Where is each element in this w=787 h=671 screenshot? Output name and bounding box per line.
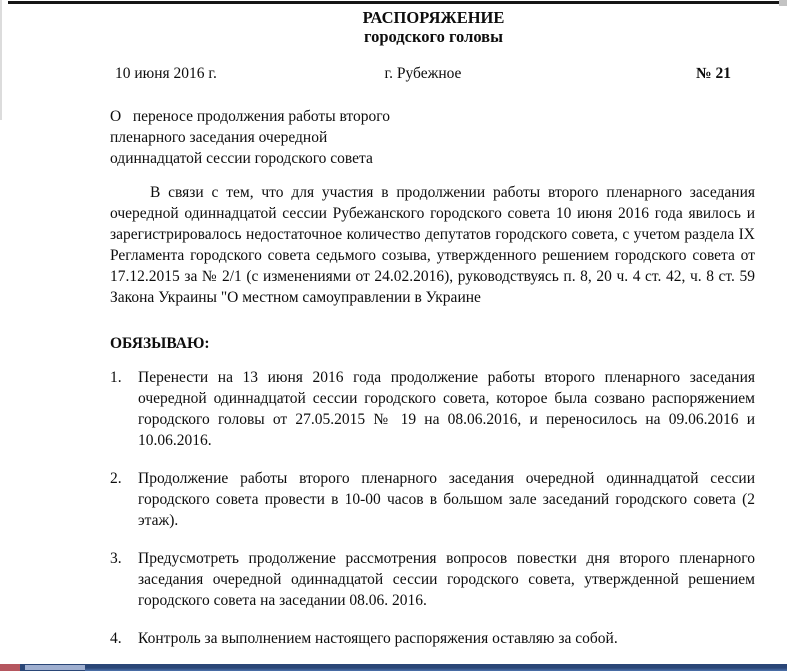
document-number: № 21 — [526, 63, 757, 84]
taskbar-blue-segment — [85, 664, 787, 671]
list-item-number: 4. — [110, 628, 138, 649]
document-place: г. Рубежное — [320, 63, 525, 84]
taskbar-edge[interactable] — [0, 664, 787, 671]
subject-block: О переносе продолжения работы второго пл… — [110, 106, 757, 169]
document-date: 10 июня 2016 г. — [110, 63, 320, 84]
meta-row: 10 июня 2016 г. г. Рубежное № 21 — [110, 63, 757, 84]
list-item: 3. Предусмотреть продолжение рассмотрени… — [110, 548, 757, 611]
taskbar-light-segment — [25, 664, 85, 671]
document-title-line2: городского головы — [110, 27, 757, 46]
document-title-line1: РАСПОРЯЖЕНИЕ — [110, 8, 757, 27]
page-left-edge — [0, 0, 2, 120]
list-item: 1. Перенести на 13 июня 2016 года продол… — [110, 367, 757, 451]
taskbar-red-segment — [0, 664, 20, 671]
list-item-text: Предусмотреть продолжение рассмотрения в… — [138, 548, 757, 611]
list-item-number: 2. — [110, 468, 138, 531]
list-item-number: 3. — [110, 548, 138, 611]
numbered-list: 1. Перенести на 13 июня 2016 года продол… — [110, 367, 757, 649]
list-item-number: 1. — [110, 367, 138, 451]
document-page: РАСПОРЯЖЕНИЕ городского головы 10 июня 2… — [0, 0, 787, 671]
directive-heading: ОБЯЗЫВАЮ: — [110, 333, 757, 354]
list-item-text: Продолжение работы второго пленарного за… — [138, 468, 757, 531]
body-paragraph: В связи с тем, что для участия в продолж… — [110, 182, 757, 308]
document-body: РАСПОРЯЖЕНИЕ городского головы 10 июня 2… — [110, 0, 757, 666]
subject-line-3: одиннадцатой сессии городского совета — [110, 148, 757, 169]
subject-line-2: пленарного заседания очередной — [110, 127, 757, 148]
list-item: 2. Продолжение работы второго пленарного… — [110, 468, 757, 531]
list-item: 4. Контроль за выполнением настоящего ра… — [110, 628, 757, 649]
list-item-text: Перенести на 13 июня 2016 года продолжен… — [138, 367, 757, 451]
list-item-text: Контроль за выполнением настоящего распо… — [138, 628, 757, 649]
subject-line-1: О переносе продолжения работы второго — [110, 106, 757, 127]
page-corner-cap — [779, 0, 787, 6]
